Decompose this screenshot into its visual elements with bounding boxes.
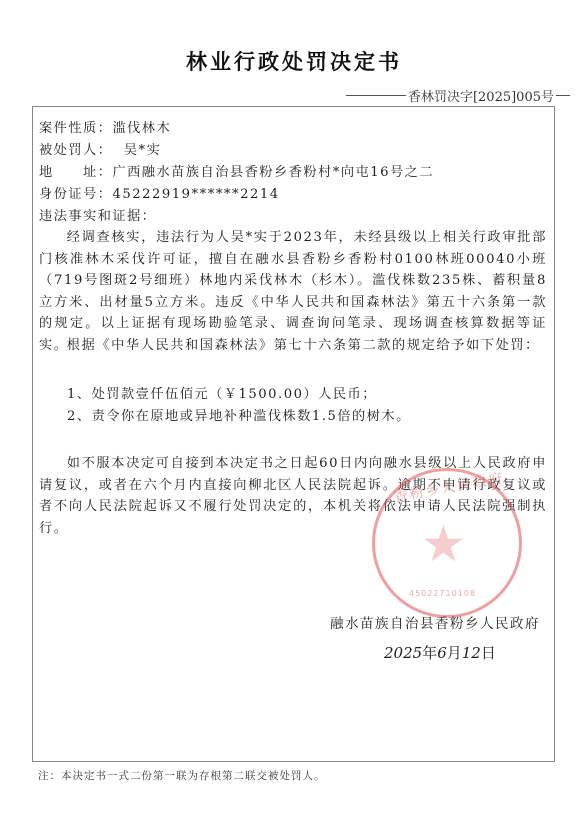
document-number: 香林罚决字[2025]005号	[346, 86, 570, 105]
case-nature-label: 案件性质：	[39, 121, 112, 136]
date-year-suffix: 年	[422, 644, 437, 662]
address-label: 地 址：	[39, 165, 112, 180]
id-row: 身份证号：45222919******2214	[39, 183, 280, 202]
id-value: 45222919******2214	[112, 187, 279, 202]
party-value: 吴*实	[124, 143, 161, 158]
date-month: 6	[437, 644, 447, 662]
date-year: 2025	[384, 644, 422, 662]
signing-organization: 融水苗族自治县香粉乡人民政府	[330, 612, 540, 632]
appeal-paragraph: 如不服本决定可自接到本决定书之日起60日内向融水县级以上人民政府申请复议，或者在…	[39, 453, 547, 539]
signing-date: 2025年6月12日	[384, 642, 496, 663]
decision-basis: 根据《中华人民共和国森林法》第七十六条第二款的规定给予如下处罚：	[39, 335, 547, 357]
id-label: 身份证号：	[39, 187, 112, 202]
document-body-box: 案件性质：滥伐林木 被处罚人： 吴*实 地 址：广西融水苗族自治县香粉乡香粉村*…	[32, 106, 555, 762]
party-label: 被处罚人：	[39, 143, 112, 158]
case-nature-row: 案件性质：滥伐林木	[39, 117, 171, 136]
address-value: 广西融水苗族自治县香粉乡香粉村*向屯16号之二	[112, 165, 434, 180]
document-title: 林业行政处罚决定书	[0, 46, 588, 76]
divider-line	[346, 95, 406, 96]
date-day-suffix: 日	[481, 644, 496, 662]
party-row: 被处罚人： 吴*实	[39, 139, 161, 158]
facts-heading: 违法事实和证据：	[39, 205, 157, 224]
penalty-item-1: 1、处罚款壹仟伍佰元（￥1500.00）人民币；	[67, 383, 377, 402]
document-number-text: 香林罚决字[2025]005号	[408, 86, 554, 105]
address-row: 地 址：广西融水苗族自治县香粉乡香粉村*向屯16号之二	[39, 161, 434, 180]
footer-note: 注：本决定书一式二份第一联为存根第二联交被处罚人。	[38, 768, 326, 783]
penalty-item-2: 2、责令你在原地或异地补种滥伐株数1.5倍的树木。	[67, 405, 411, 424]
date-month-suffix: 月	[447, 644, 462, 662]
divider-line	[556, 95, 570, 96]
date-day: 12	[462, 644, 481, 662]
case-nature-value: 滥伐林木	[112, 121, 171, 136]
